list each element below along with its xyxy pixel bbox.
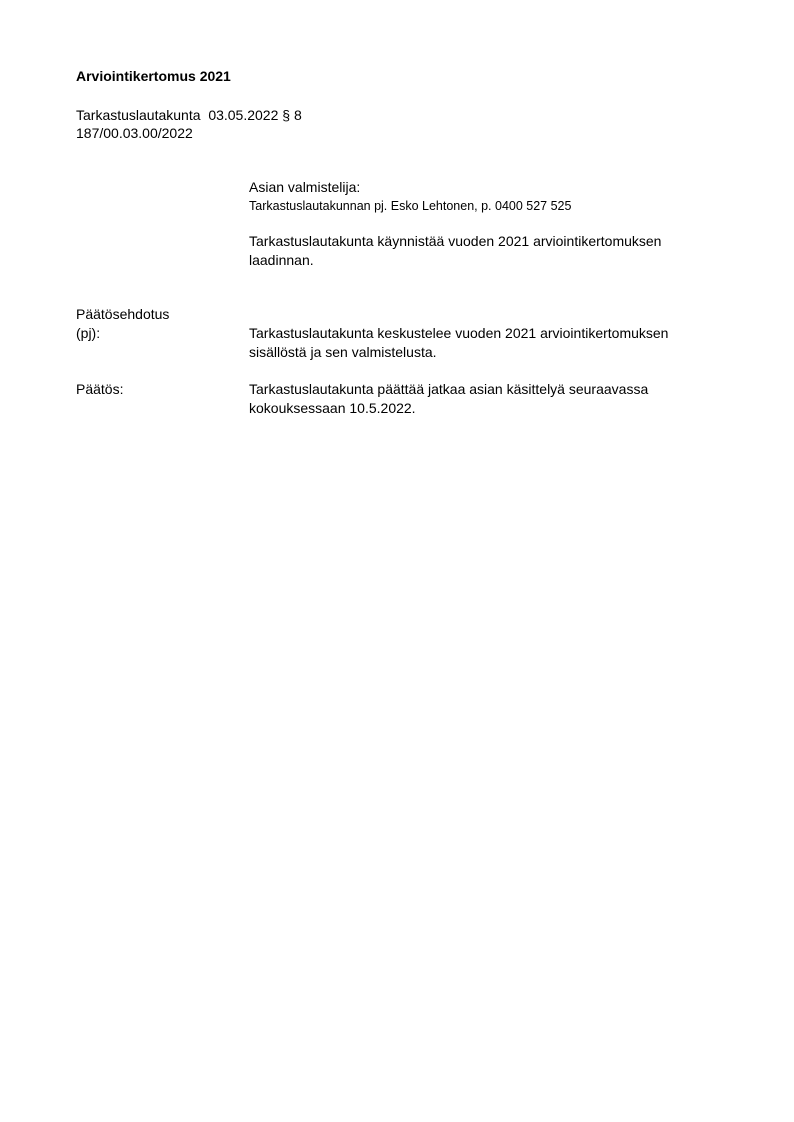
preparer: Tarkastuslautakunnan pj. Esko Lehtonen, … [249, 197, 571, 216]
record-number: 187/00.03.00/2022 [76, 124, 193, 142]
decision-line-2: kokouksessaan 10.5.2022. [249, 399, 416, 418]
meeting-header: Tarkastuslautakunta 03.05.2022 § 8 [76, 106, 302, 124]
meeting-body: Tarkastuslautakunta [76, 107, 201, 123]
description-line-2: laadinnan. [249, 251, 314, 270]
decision-label: Päätös: [76, 380, 123, 399]
description-line-1: Tarkastuslautakunta käynnistää vuoden 20… [249, 232, 661, 251]
meeting-date: 03.05.2022 § 8 [208, 107, 301, 123]
proposal-label-line-1: Päätösehdotus [76, 305, 169, 324]
proposal-line-1: Tarkastuslautakunta keskustelee vuoden 2… [249, 324, 668, 343]
document-title: Arviointikertomus 2021 [76, 68, 231, 84]
proposal-line-2: sisällöstä ja sen valmistelusta. [249, 343, 437, 362]
decision-line-1: Tarkastuslautakunta päättää jatkaa asian… [249, 380, 648, 399]
preparer-label: Asian valmistelija: [249, 178, 360, 197]
proposal-label-line-2: (pj): [76, 324, 100, 343]
